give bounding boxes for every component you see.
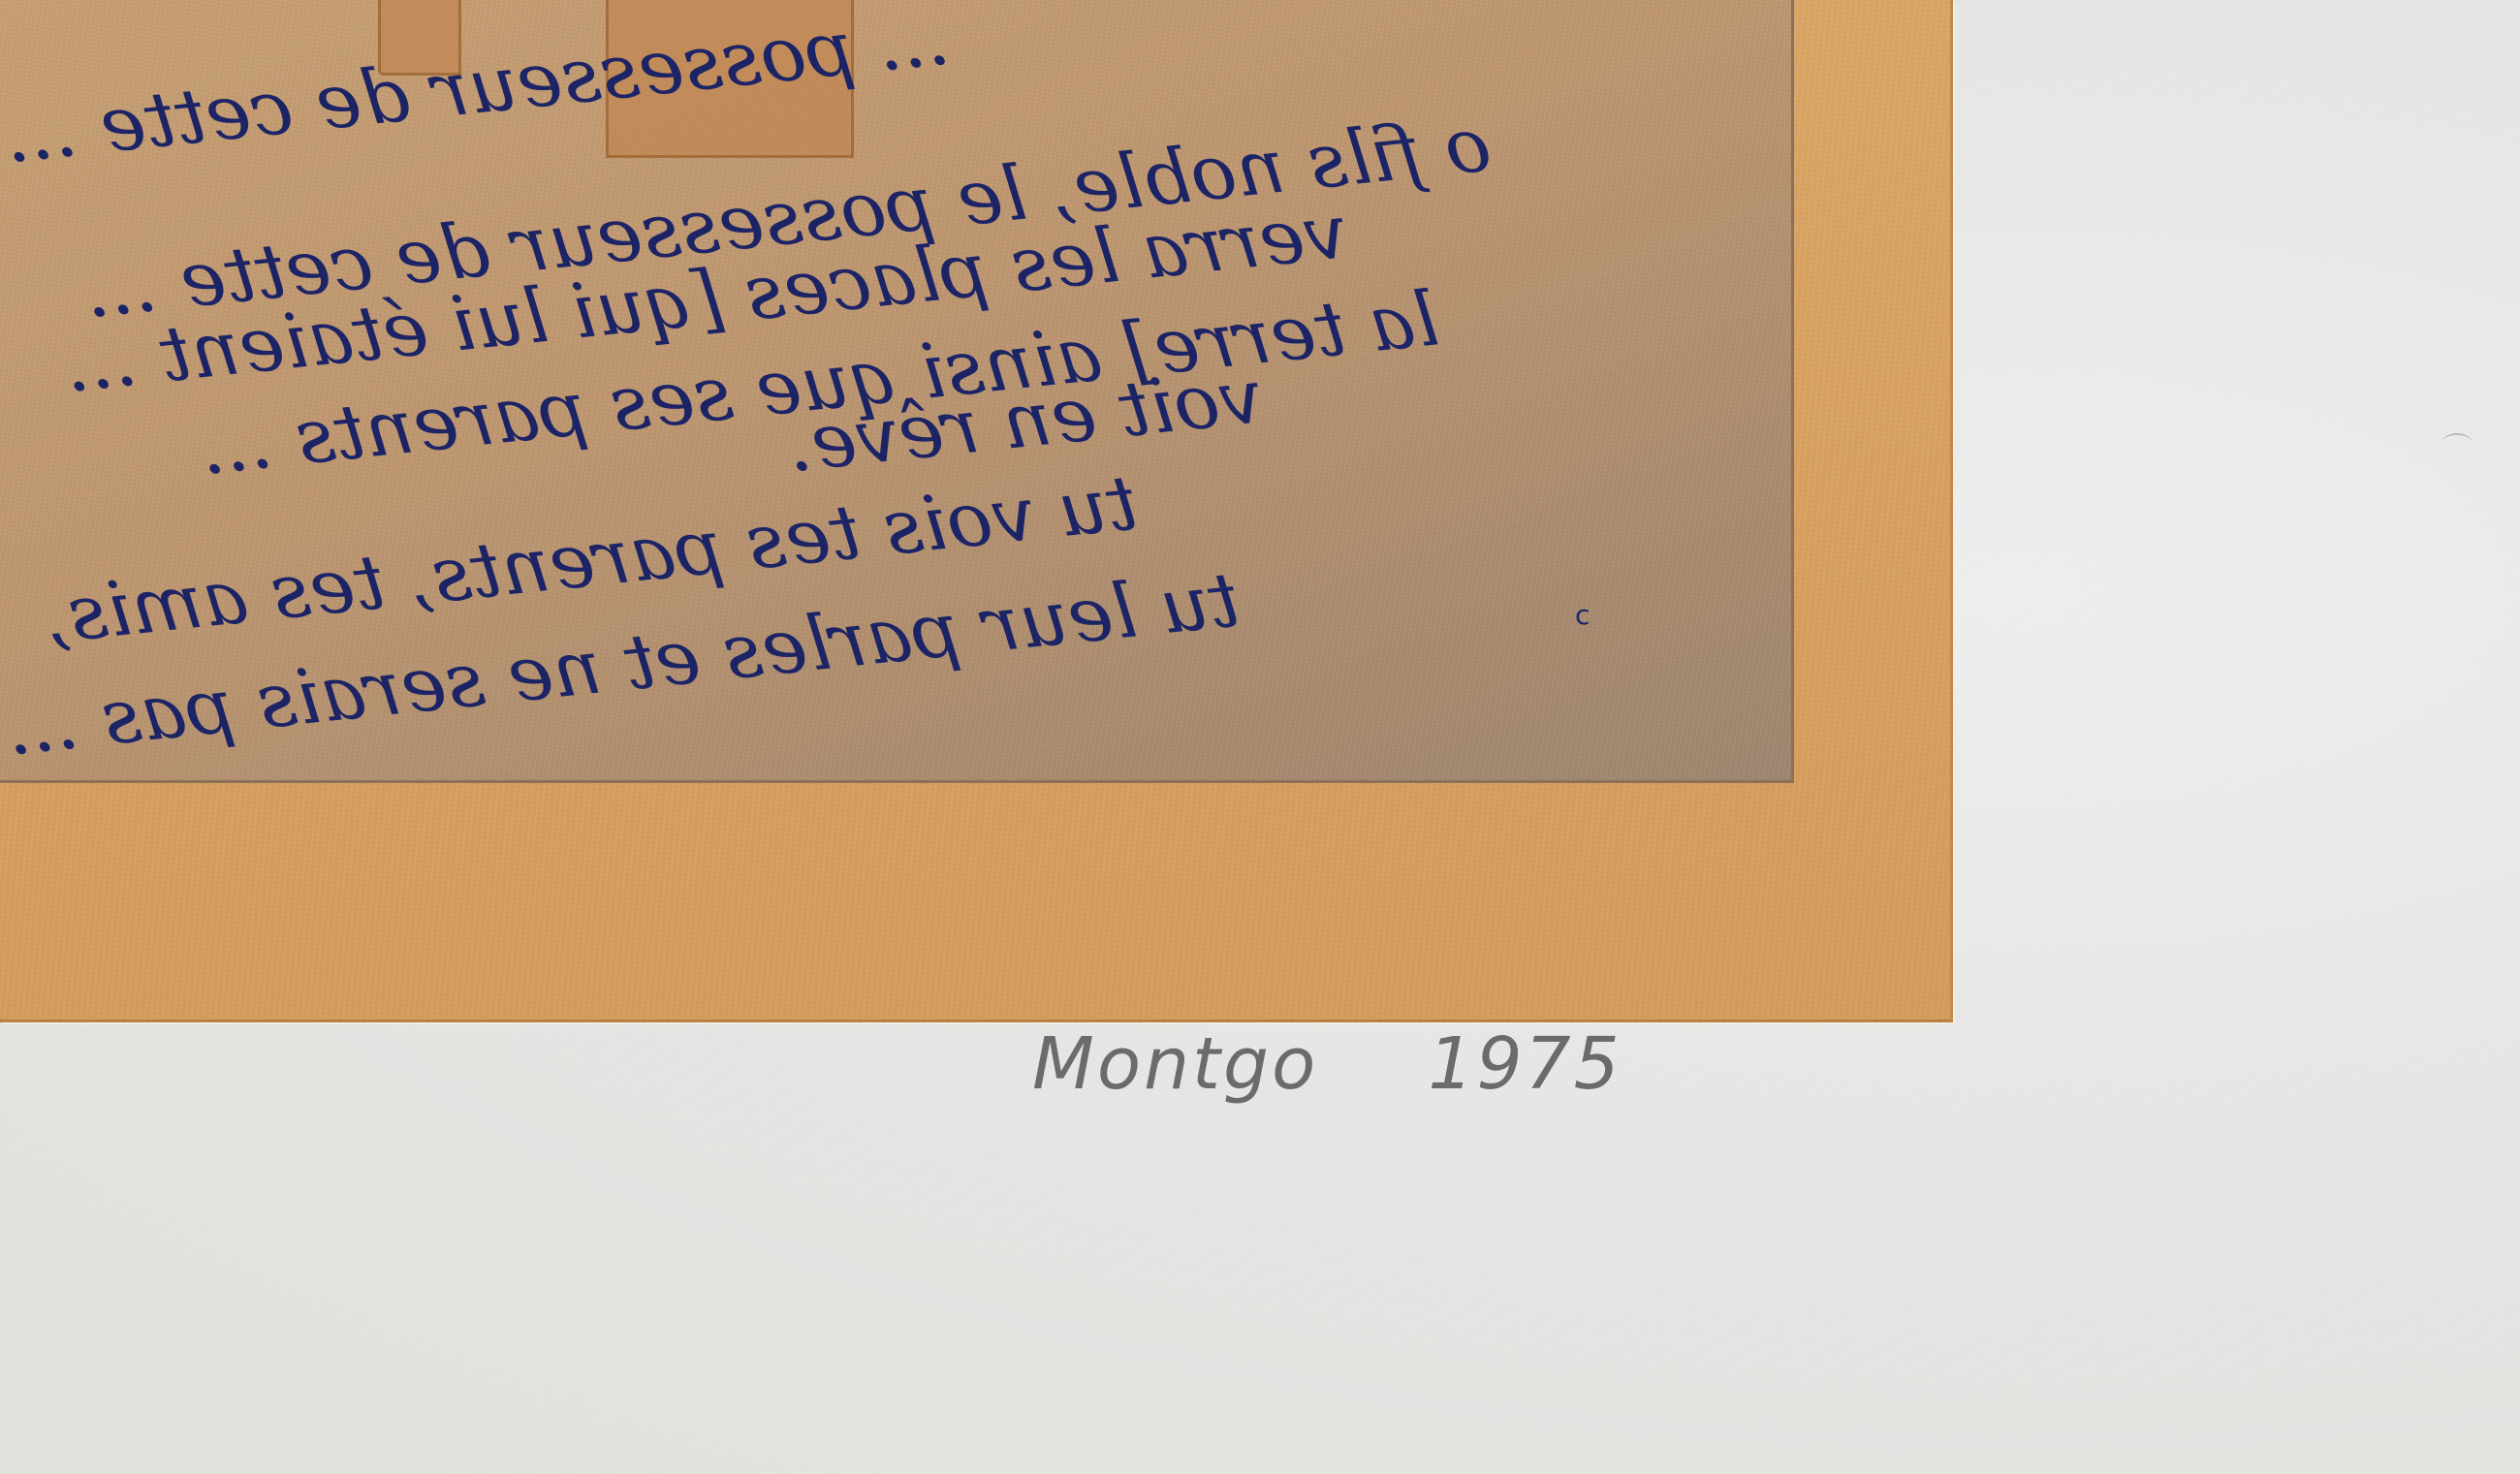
plate-corner-mark: c xyxy=(1575,599,1590,631)
signature-year: 1975 xyxy=(1428,1022,1622,1106)
signature-name: Montgo xyxy=(1032,1022,1318,1106)
paper-blemish xyxy=(2442,433,2472,451)
pencil-signature: Montgo 1975 xyxy=(1032,1022,1622,1106)
